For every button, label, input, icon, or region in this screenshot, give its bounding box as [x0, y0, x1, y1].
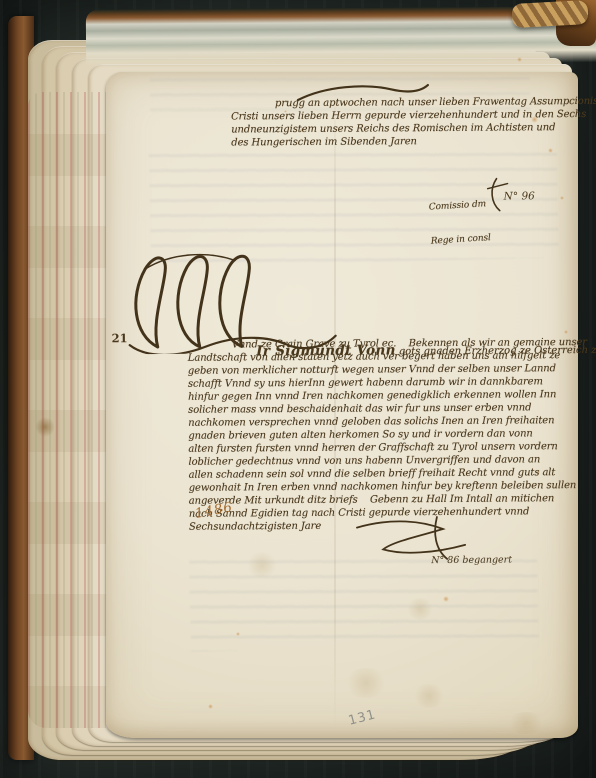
charter-paragraph: Vnnd ze Crain Grave zu Tyrol ec. Bekenne…	[188, 336, 589, 534]
chancery-note-line: Comissio dm	[428, 198, 489, 215]
chancery-note-line: Rege in consl	[431, 232, 492, 249]
text-line: des Hungerischen im Sibenden Jaren	[231, 134, 596, 150]
registry-note: N° 86 begangert	[431, 555, 512, 567]
folio-number-pencil: 131	[347, 707, 378, 728]
closing-paragraph: prugg an aptwochen nach unser lieben Fra…	[231, 95, 596, 150]
chancery-note: Comissio dm Rege in consl	[427, 177, 492, 270]
text-line: undneunzigistem unsers Reichs des Romisc…	[231, 121, 596, 137]
margin-leaf-number: 21	[112, 331, 128, 345]
manuscript-photo: prugg an aptwochen nach unser lieben Fra…	[0, 0, 596, 778]
catalog-number: N° 96	[504, 190, 535, 202]
handwriting-layer: prugg an aptwochen nach unser lieben Fra…	[0, 0, 596, 778]
